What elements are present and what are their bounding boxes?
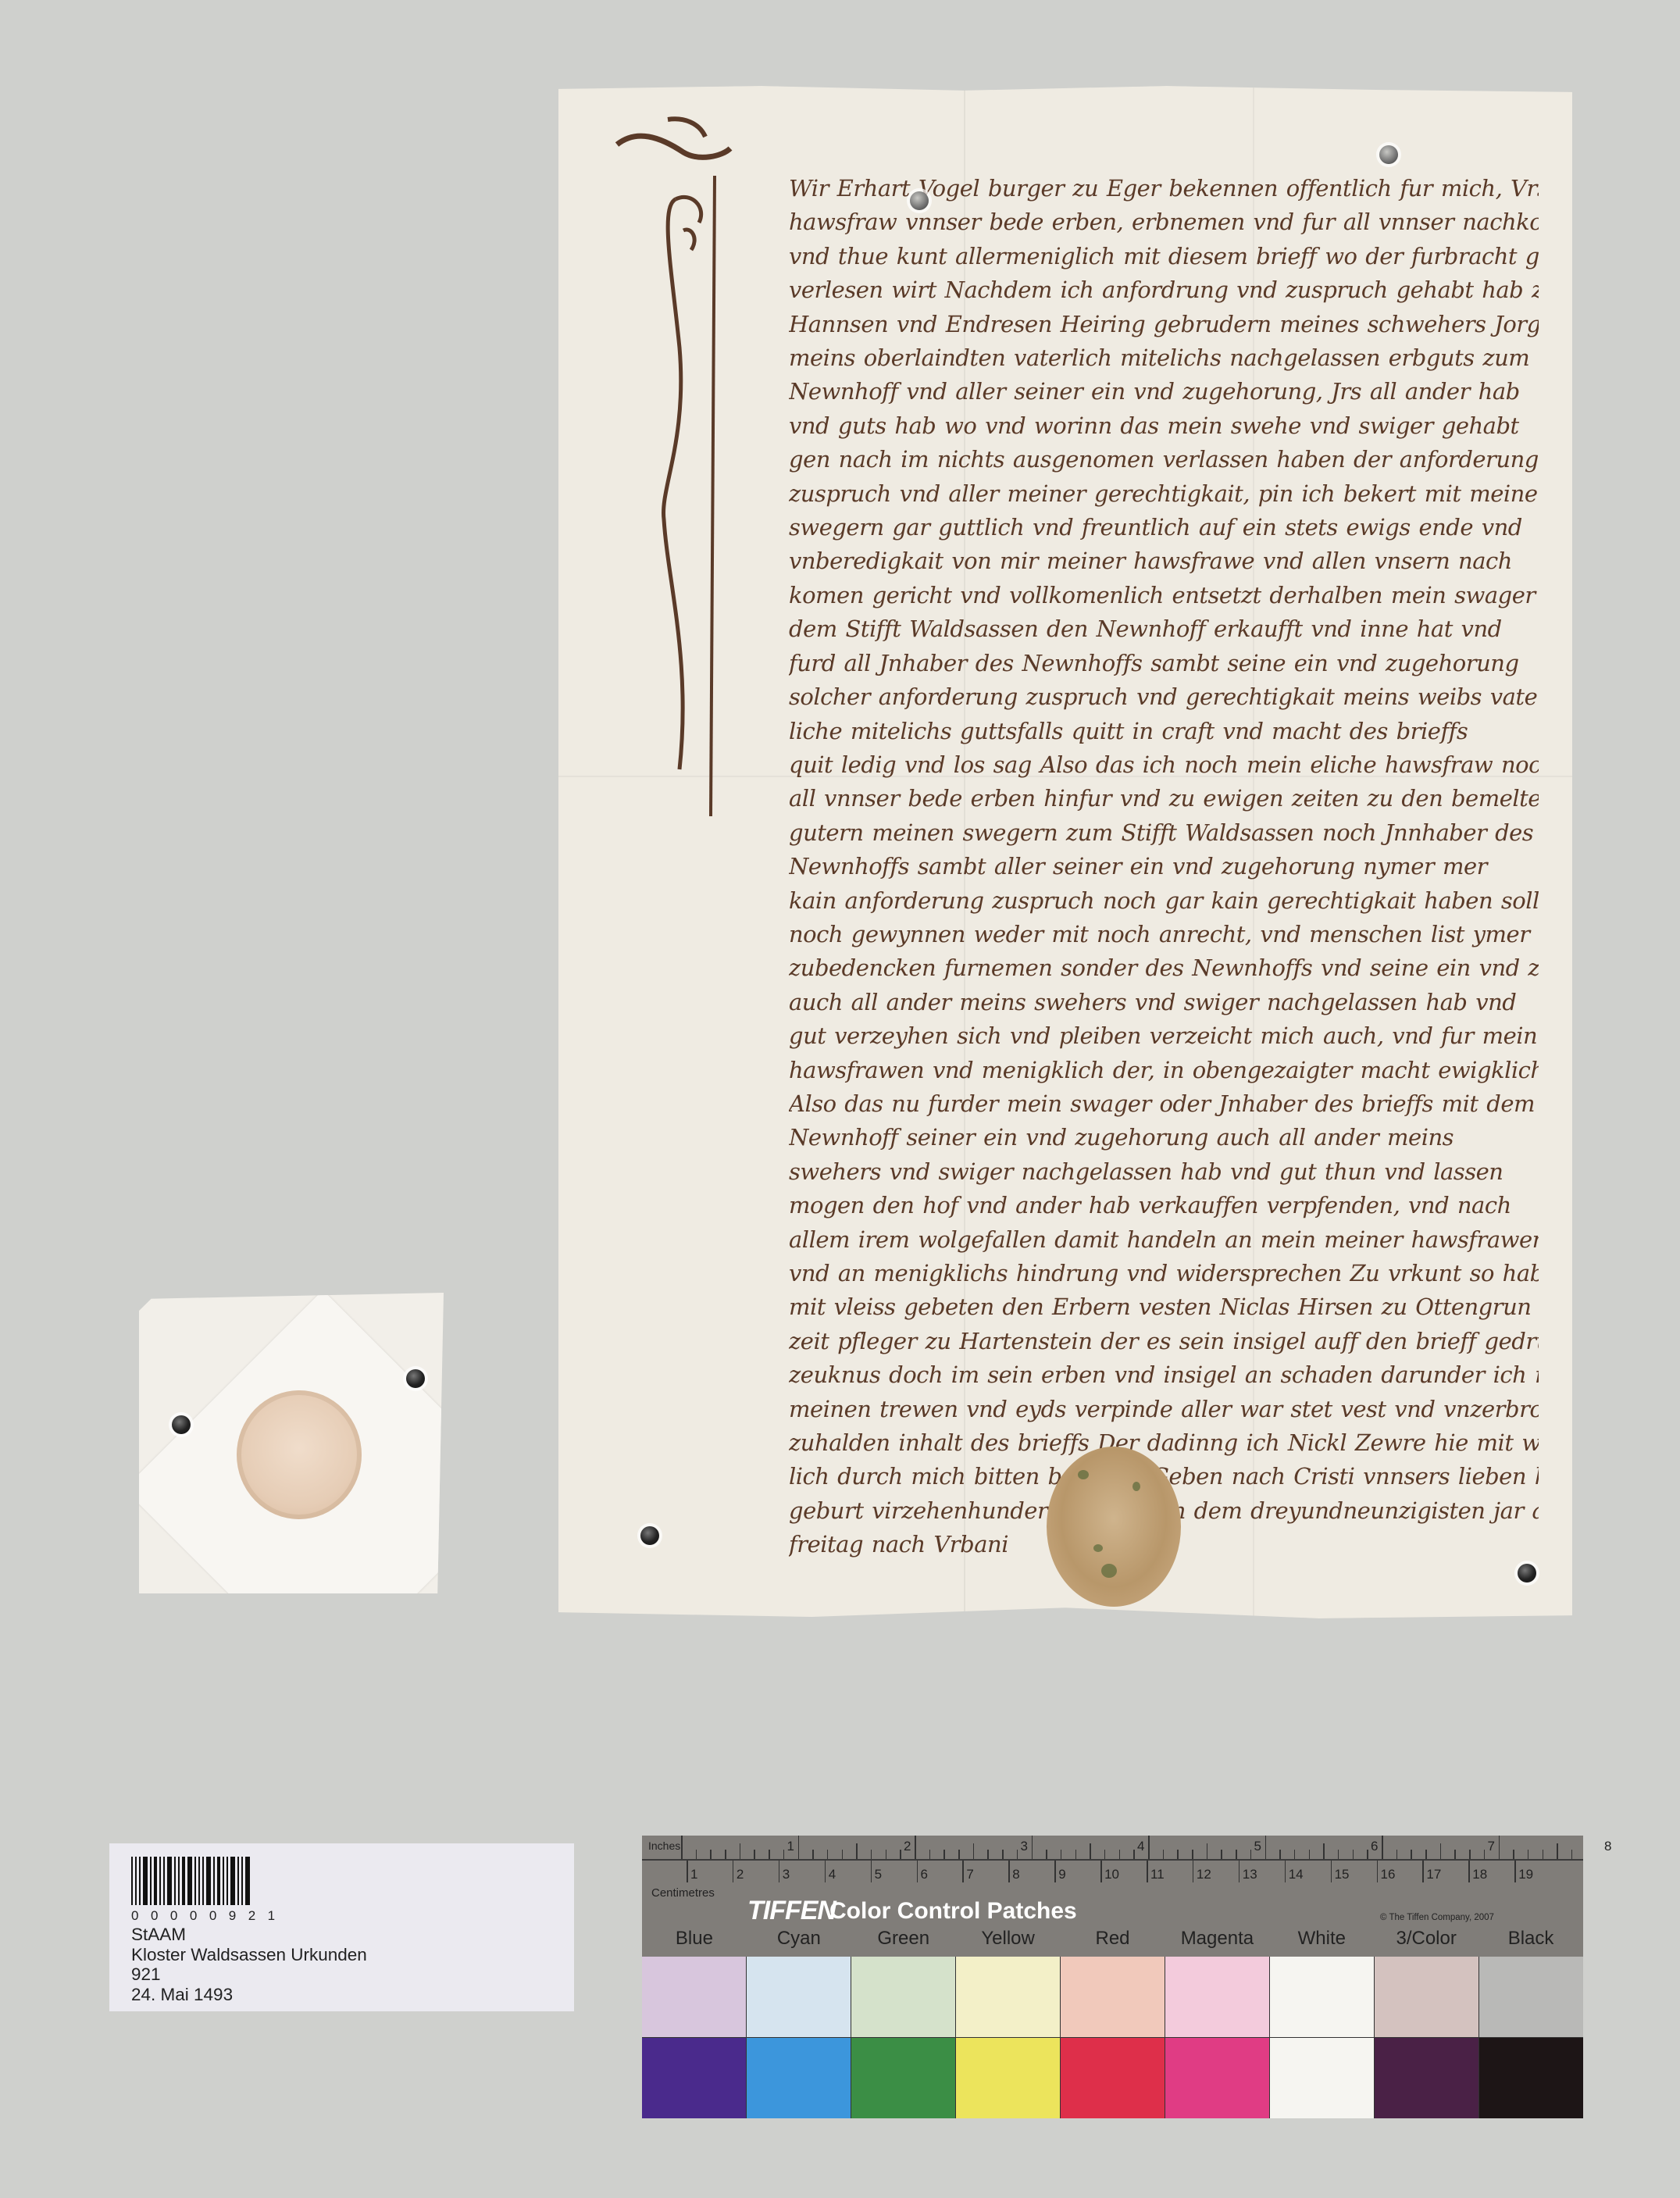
ruler-tick xyxy=(687,1861,688,1882)
text-line: komen gericht vnd vollkomenlich entsetzt… xyxy=(789,579,1539,612)
ruler-tick xyxy=(1338,1850,1339,1859)
barcode-bar xyxy=(143,1857,148,1905)
color-patch-dark xyxy=(1375,2038,1478,2118)
cm-tick-label: 16 xyxy=(1381,1867,1396,1882)
ruler-tick xyxy=(754,1850,755,1859)
mounting-pin xyxy=(1379,145,1398,164)
patch-name: White xyxy=(1269,1928,1374,1954)
color-patch-light xyxy=(1061,1957,1165,2037)
ruler-tick xyxy=(1236,1850,1237,1859)
ruler-tick xyxy=(1008,1861,1010,1882)
ruler-tick xyxy=(1163,1850,1165,1859)
ruler-tick xyxy=(1279,1850,1281,1859)
tiffen-logo: TIFFEN xyxy=(747,1896,836,1926)
ruler-tick xyxy=(1002,1850,1004,1859)
cm-tick-label: 12 xyxy=(1197,1867,1211,1882)
color-patch-light xyxy=(1375,1957,1478,2037)
wax-seal xyxy=(1047,1447,1181,1607)
color-patch-light xyxy=(1165,1957,1269,2037)
patch-name: Black xyxy=(1478,1928,1583,1954)
inch-tick-label: 8 xyxy=(1604,1839,1611,1854)
ruler-tick xyxy=(943,1850,945,1859)
barcode-bar xyxy=(217,1857,220,1905)
inch-tick-label: 7 xyxy=(1488,1839,1495,1854)
ruler-tick xyxy=(1147,1861,1148,1882)
ruler-tick xyxy=(1571,1850,1573,1859)
patch-name: Red xyxy=(1061,1928,1165,1954)
ruler-tick xyxy=(871,1861,872,1882)
ruler-tick xyxy=(1377,1861,1379,1882)
patch-name: Blue xyxy=(642,1928,747,1954)
text-line: hawsfraw vnnser bede erben, erbnemen vnd… xyxy=(789,205,1539,239)
ruler-tick xyxy=(725,1850,726,1859)
color-patches xyxy=(642,1957,1583,2118)
ruler-tick xyxy=(1177,1850,1179,1859)
barcode-number: 00000921 xyxy=(131,1908,295,1924)
decorative-initial-w xyxy=(613,113,738,816)
archive-name: StAAM xyxy=(131,1925,367,1945)
barcode-bar xyxy=(194,1857,196,1905)
ruler-tick xyxy=(1528,1850,1529,1859)
ruler-tick xyxy=(958,1850,960,1859)
text-line: zeit pfleger zu Hartenstein der es sein … xyxy=(789,1325,1539,1358)
ruler-tick xyxy=(798,1836,800,1859)
ruler-tick xyxy=(1454,1850,1456,1859)
cm-tick-label: 2 xyxy=(737,1867,744,1882)
ruler-tick xyxy=(1265,1836,1267,1859)
cm-tick-label: 19 xyxy=(1518,1867,1533,1882)
text-line: vnberedigkait von mir meiner hawsfrawe v… xyxy=(789,544,1539,578)
ruler-tick xyxy=(1032,1836,1033,1859)
text-line: allem irem wolgefallen damit handeln an … xyxy=(789,1223,1539,1257)
ruler-tick xyxy=(710,1850,712,1859)
cm-ruler: 12345678910111213141516171819 xyxy=(642,1861,1583,1884)
ruler-tick xyxy=(1440,1843,1442,1859)
ruler-tick xyxy=(1543,1850,1544,1859)
color-patch-light xyxy=(1479,1957,1583,2037)
ruler-tick xyxy=(1468,1861,1470,1882)
ruler-tick xyxy=(1090,1843,1091,1859)
barcode-bar xyxy=(139,1857,141,1905)
ruler-tick xyxy=(1382,1836,1383,1859)
ruler-tick xyxy=(1484,1850,1486,1859)
text-line: Newnhoff seiner ein vnd zugehorung auch … xyxy=(789,1121,1539,1154)
ruler-tick xyxy=(1046,1850,1047,1859)
ruler-tick xyxy=(842,1850,844,1859)
barcode-bar xyxy=(135,1857,137,1905)
text-line: zeuknus doch im sein erben vnd insigel a… xyxy=(789,1358,1539,1392)
barcode-bar xyxy=(213,1857,215,1905)
text-line: zubedencken furnemen sonder des Newnhoff… xyxy=(789,951,1539,985)
ruler-tick xyxy=(783,1850,785,1859)
color-patch-light xyxy=(956,1957,1060,2037)
document-date: 24. Mai 1493 xyxy=(131,1985,367,2005)
text-line: zuhalden inhalt des brieffs Der dadinng … xyxy=(789,1426,1539,1460)
ruler-tick xyxy=(1513,1850,1514,1859)
card-title: Color Control Patches xyxy=(829,1898,1077,1925)
ruler-tick xyxy=(1499,1836,1500,1859)
inches-label: Inches xyxy=(648,1839,680,1852)
patch-name: Yellow xyxy=(956,1928,1061,1954)
mounting-pin xyxy=(640,1526,659,1545)
embossed-wax-seal xyxy=(237,1390,362,1519)
ruler-tick xyxy=(1422,1861,1424,1882)
color-control-card: Inches 12345678 123456789101112131415161… xyxy=(642,1836,1583,2118)
barcode-bar xyxy=(150,1857,152,1905)
barcode-bar xyxy=(163,1857,165,1905)
barcode-bar xyxy=(206,1857,211,1905)
text-line: zuspruch vnd aller meiner gerechtigkait,… xyxy=(789,477,1539,511)
color-patch-light xyxy=(1270,1957,1374,2037)
cm-tick-label: 3 xyxy=(783,1867,790,1882)
barcode-bar xyxy=(241,1857,243,1905)
text-line: vnd thue kunt allermeniglich mit diesem … xyxy=(789,240,1539,273)
cm-tick-label: 1 xyxy=(690,1867,697,1882)
text-line: mit vleiss gebeten den Erbern vesten Nic… xyxy=(789,1290,1539,1324)
ruler-tick xyxy=(681,1836,683,1859)
text-line: Newnhoff vnd aller seiner ein vnd zugeho… xyxy=(789,375,1539,409)
patch-name: Green xyxy=(851,1928,956,1954)
text-line: verlesen wirt Nachdem ich anfordrung vnd… xyxy=(789,273,1539,307)
color-patch-dark xyxy=(1479,2038,1583,2118)
ruler-tick xyxy=(973,1843,975,1859)
ruler-tick xyxy=(900,1850,901,1859)
centimetres-label: Centimetres xyxy=(651,1886,715,1900)
barcode-bar xyxy=(198,1857,200,1905)
barcode-bar xyxy=(237,1857,239,1905)
text-line: Wir Erhart Vogel burger zu Eger bekennen… xyxy=(789,172,1539,205)
text-line: dem Stifft Waldsassen den Newnhoff erkau… xyxy=(789,612,1539,646)
color-patch-dark xyxy=(1270,2038,1374,2118)
ruler-tick xyxy=(929,1850,931,1859)
ruler-tick xyxy=(1367,1850,1368,1859)
text-line: meinen trewen vnd eyds verpinde aller wa… xyxy=(789,1393,1539,1426)
cm-tick-label: 17 xyxy=(1426,1867,1441,1882)
cm-tick-label: 10 xyxy=(1104,1867,1119,1882)
text-line: Hannsen vnd Endresen Heiring gebrudern m… xyxy=(789,308,1539,341)
ruler-tick xyxy=(1514,1861,1516,1882)
barcode-bar xyxy=(226,1857,228,1905)
cm-tick-label: 8 xyxy=(1012,1867,1019,1882)
barcode-bar xyxy=(230,1857,235,1905)
patch-name: Cyan xyxy=(747,1928,851,1954)
mounting-pin xyxy=(910,191,929,210)
ruler-tick xyxy=(1557,1843,1558,1859)
ruler-tick xyxy=(1207,1843,1208,1859)
ruler-tick xyxy=(962,1861,964,1882)
text-line: all vnnser bede erben hinfur vnd zu ewig… xyxy=(789,782,1539,815)
barcode-bar xyxy=(202,1857,204,1905)
text-line: kain anforderung zuspruch noch gar kain … xyxy=(789,884,1539,918)
mounting-pin xyxy=(1518,1564,1536,1582)
color-patch-dark xyxy=(956,2038,1060,2118)
patch-name: 3/Color xyxy=(1374,1928,1478,1954)
ruler-tick xyxy=(733,1861,734,1882)
cm-tick-label: 18 xyxy=(1472,1867,1487,1882)
text-line: furd all Jnhaber des Newnhoffs sambt sei… xyxy=(789,647,1539,680)
ruler-tick xyxy=(856,1843,858,1859)
barcode-bar xyxy=(159,1857,161,1905)
ruler-tick xyxy=(886,1850,887,1859)
charter-text: Wir Erhart Vogel burger zu Eger bekennen… xyxy=(789,172,1539,1562)
mounting-pin xyxy=(406,1369,425,1388)
mounting-pin xyxy=(172,1415,191,1434)
text-line: noch gewynnen weder mit noch anrecht, vn… xyxy=(789,918,1539,951)
barcode-bar xyxy=(131,1857,133,1905)
ruler-tick xyxy=(1239,1861,1240,1882)
text-line: gutern meinen swegern zum Stifft Waldsas… xyxy=(789,816,1539,850)
inch-tick-label: 3 xyxy=(1021,1839,1028,1854)
ruler-tick xyxy=(1353,1850,1354,1859)
ruler-tick xyxy=(1100,1861,1102,1882)
inch-tick-label: 4 xyxy=(1137,1839,1144,1854)
archive-label: 00000921 StAAM Kloster Waldsassen Urkund… xyxy=(109,1843,574,2011)
color-patch-dark xyxy=(1165,2038,1269,2118)
ruler-tick xyxy=(827,1850,829,1859)
barcode-bar xyxy=(154,1857,157,1905)
text-line: Newnhoffs sambt aller seiner ein vnd zug… xyxy=(789,850,1539,883)
color-patch-light xyxy=(851,1957,955,2037)
ruler-tick xyxy=(1148,1836,1150,1859)
barcode-bar xyxy=(167,1857,172,1905)
text-line: meins oberlaindten vaterlich mitelichs n… xyxy=(789,341,1539,375)
barcode-bar xyxy=(178,1857,180,1905)
inch-ruler: Inches 12345678 xyxy=(642,1836,1583,1861)
ruler-tick xyxy=(1104,1850,1106,1859)
cm-tick-label: 11 xyxy=(1150,1867,1165,1882)
ruler-tick xyxy=(1250,1850,1252,1859)
text-line: swegern gar guttlich vnd freuntlich auf … xyxy=(789,511,1539,544)
ruler-tick xyxy=(871,1850,872,1859)
cm-tick-label: 9 xyxy=(1058,1867,1065,1882)
ruler-tick xyxy=(779,1861,780,1882)
ruler-tick xyxy=(1192,1850,1193,1859)
ruler-tick xyxy=(1396,1850,1398,1859)
ruler-tick xyxy=(740,1843,741,1859)
text-line: gut verzeyhen sich vnd pleiben verzeicht… xyxy=(789,1019,1539,1053)
text-line: Also das nu furder mein swager oder Jnha… xyxy=(789,1087,1539,1121)
text-line: vnd an menigklichs hindrung vnd widerspr… xyxy=(789,1257,1539,1290)
color-patch-dark xyxy=(1061,2038,1165,2118)
ruler-tick xyxy=(1411,1850,1412,1859)
document-number: 921 xyxy=(131,1964,367,1985)
inch-tick-label: 6 xyxy=(1371,1839,1378,1854)
barcode-bar xyxy=(182,1857,185,1905)
inch-tick-label: 2 xyxy=(904,1839,911,1854)
ruler-tick xyxy=(1193,1861,1194,1882)
ruler-tick xyxy=(1054,1861,1056,1882)
inch-tick-label: 1 xyxy=(787,1839,794,1854)
ruler-tick xyxy=(1221,1850,1222,1859)
ruler-tick xyxy=(1075,1850,1077,1859)
ruler-tick xyxy=(1323,1843,1325,1859)
text-line: quit ledig vnd los sag Also das ich noch… xyxy=(789,748,1539,782)
barcode-bar xyxy=(245,1857,250,1905)
barcode-bar xyxy=(187,1857,192,1905)
color-patch-dark xyxy=(851,2038,955,2118)
ruler-tick xyxy=(1061,1850,1062,1859)
cm-tick-label: 5 xyxy=(875,1867,882,1882)
seal-fragment xyxy=(139,1293,444,1593)
text-line: swehers vnd swiger nachgelassen hab vnd … xyxy=(789,1155,1539,1189)
ruler-tick xyxy=(1309,1850,1311,1859)
ruler-tick xyxy=(825,1861,826,1882)
patch-name: Magenta xyxy=(1165,1928,1269,1954)
ruler-tick xyxy=(1331,1861,1332,1882)
charter-document: Wir Erhart Vogel burger zu Eger bekennen… xyxy=(558,86,1572,1618)
text-line: vnd guts hab wo vnd worinn das mein sweh… xyxy=(789,409,1539,443)
cm-tick-label: 15 xyxy=(1335,1867,1350,1882)
collection-name: Kloster Waldsassen Urkunden xyxy=(131,1945,367,1965)
ruler-tick xyxy=(1294,1850,1296,1859)
ruler-tick xyxy=(1285,1861,1286,1882)
ruler-tick xyxy=(915,1836,916,1859)
ruler-tick xyxy=(1469,1850,1471,1859)
text-line: solcher anforderung zuspruch vnd gerecht… xyxy=(789,680,1539,714)
barcode xyxy=(131,1857,252,1905)
inch-tick-label: 5 xyxy=(1254,1839,1261,1854)
text-line: gen nach im nichts ausgenomen verlassen … xyxy=(789,443,1539,476)
text-line: mogen den hof vnd ander hab verkauffen v… xyxy=(789,1189,1539,1222)
ruler-tick xyxy=(1119,1850,1121,1859)
ruler-tick xyxy=(812,1850,814,1859)
color-patch-light xyxy=(642,1957,746,2037)
ruler-tick xyxy=(1425,1850,1427,1859)
color-patch-light xyxy=(747,1957,851,2037)
text-line: auch all ander meins swehers vnd swiger … xyxy=(789,986,1539,1019)
text-line: liche mitelichs guttsfalls quitt in craf… xyxy=(789,715,1539,748)
color-patch-dark xyxy=(642,2038,746,2118)
ruler-tick xyxy=(987,1850,989,1859)
color-patch-dark xyxy=(747,2038,851,2118)
cm-tick-label: 4 xyxy=(829,1867,836,1882)
ruler-tick xyxy=(696,1850,697,1859)
ruler-tick xyxy=(769,1850,770,1859)
cm-tick-label: 6 xyxy=(921,1867,928,1882)
ruler-tick xyxy=(1133,1850,1135,1859)
patch-names: BlueCyanGreenYellowRedMagentaWhite3/Colo… xyxy=(642,1928,1583,1954)
cm-tick-label: 7 xyxy=(966,1867,973,1882)
ruler-tick xyxy=(917,1861,918,1882)
cm-tick-label: 14 xyxy=(1289,1867,1304,1882)
barcode-bar xyxy=(174,1857,176,1905)
barcode-bar xyxy=(223,1857,224,1905)
ruler-tick xyxy=(1017,1850,1018,1859)
text-line: hawsfrawen vnd menigklich der, in obenge… xyxy=(789,1054,1539,1087)
cm-tick-label: 13 xyxy=(1243,1867,1257,1882)
copyright: © The Tiffen Company, 2007 xyxy=(1380,1913,1494,1922)
